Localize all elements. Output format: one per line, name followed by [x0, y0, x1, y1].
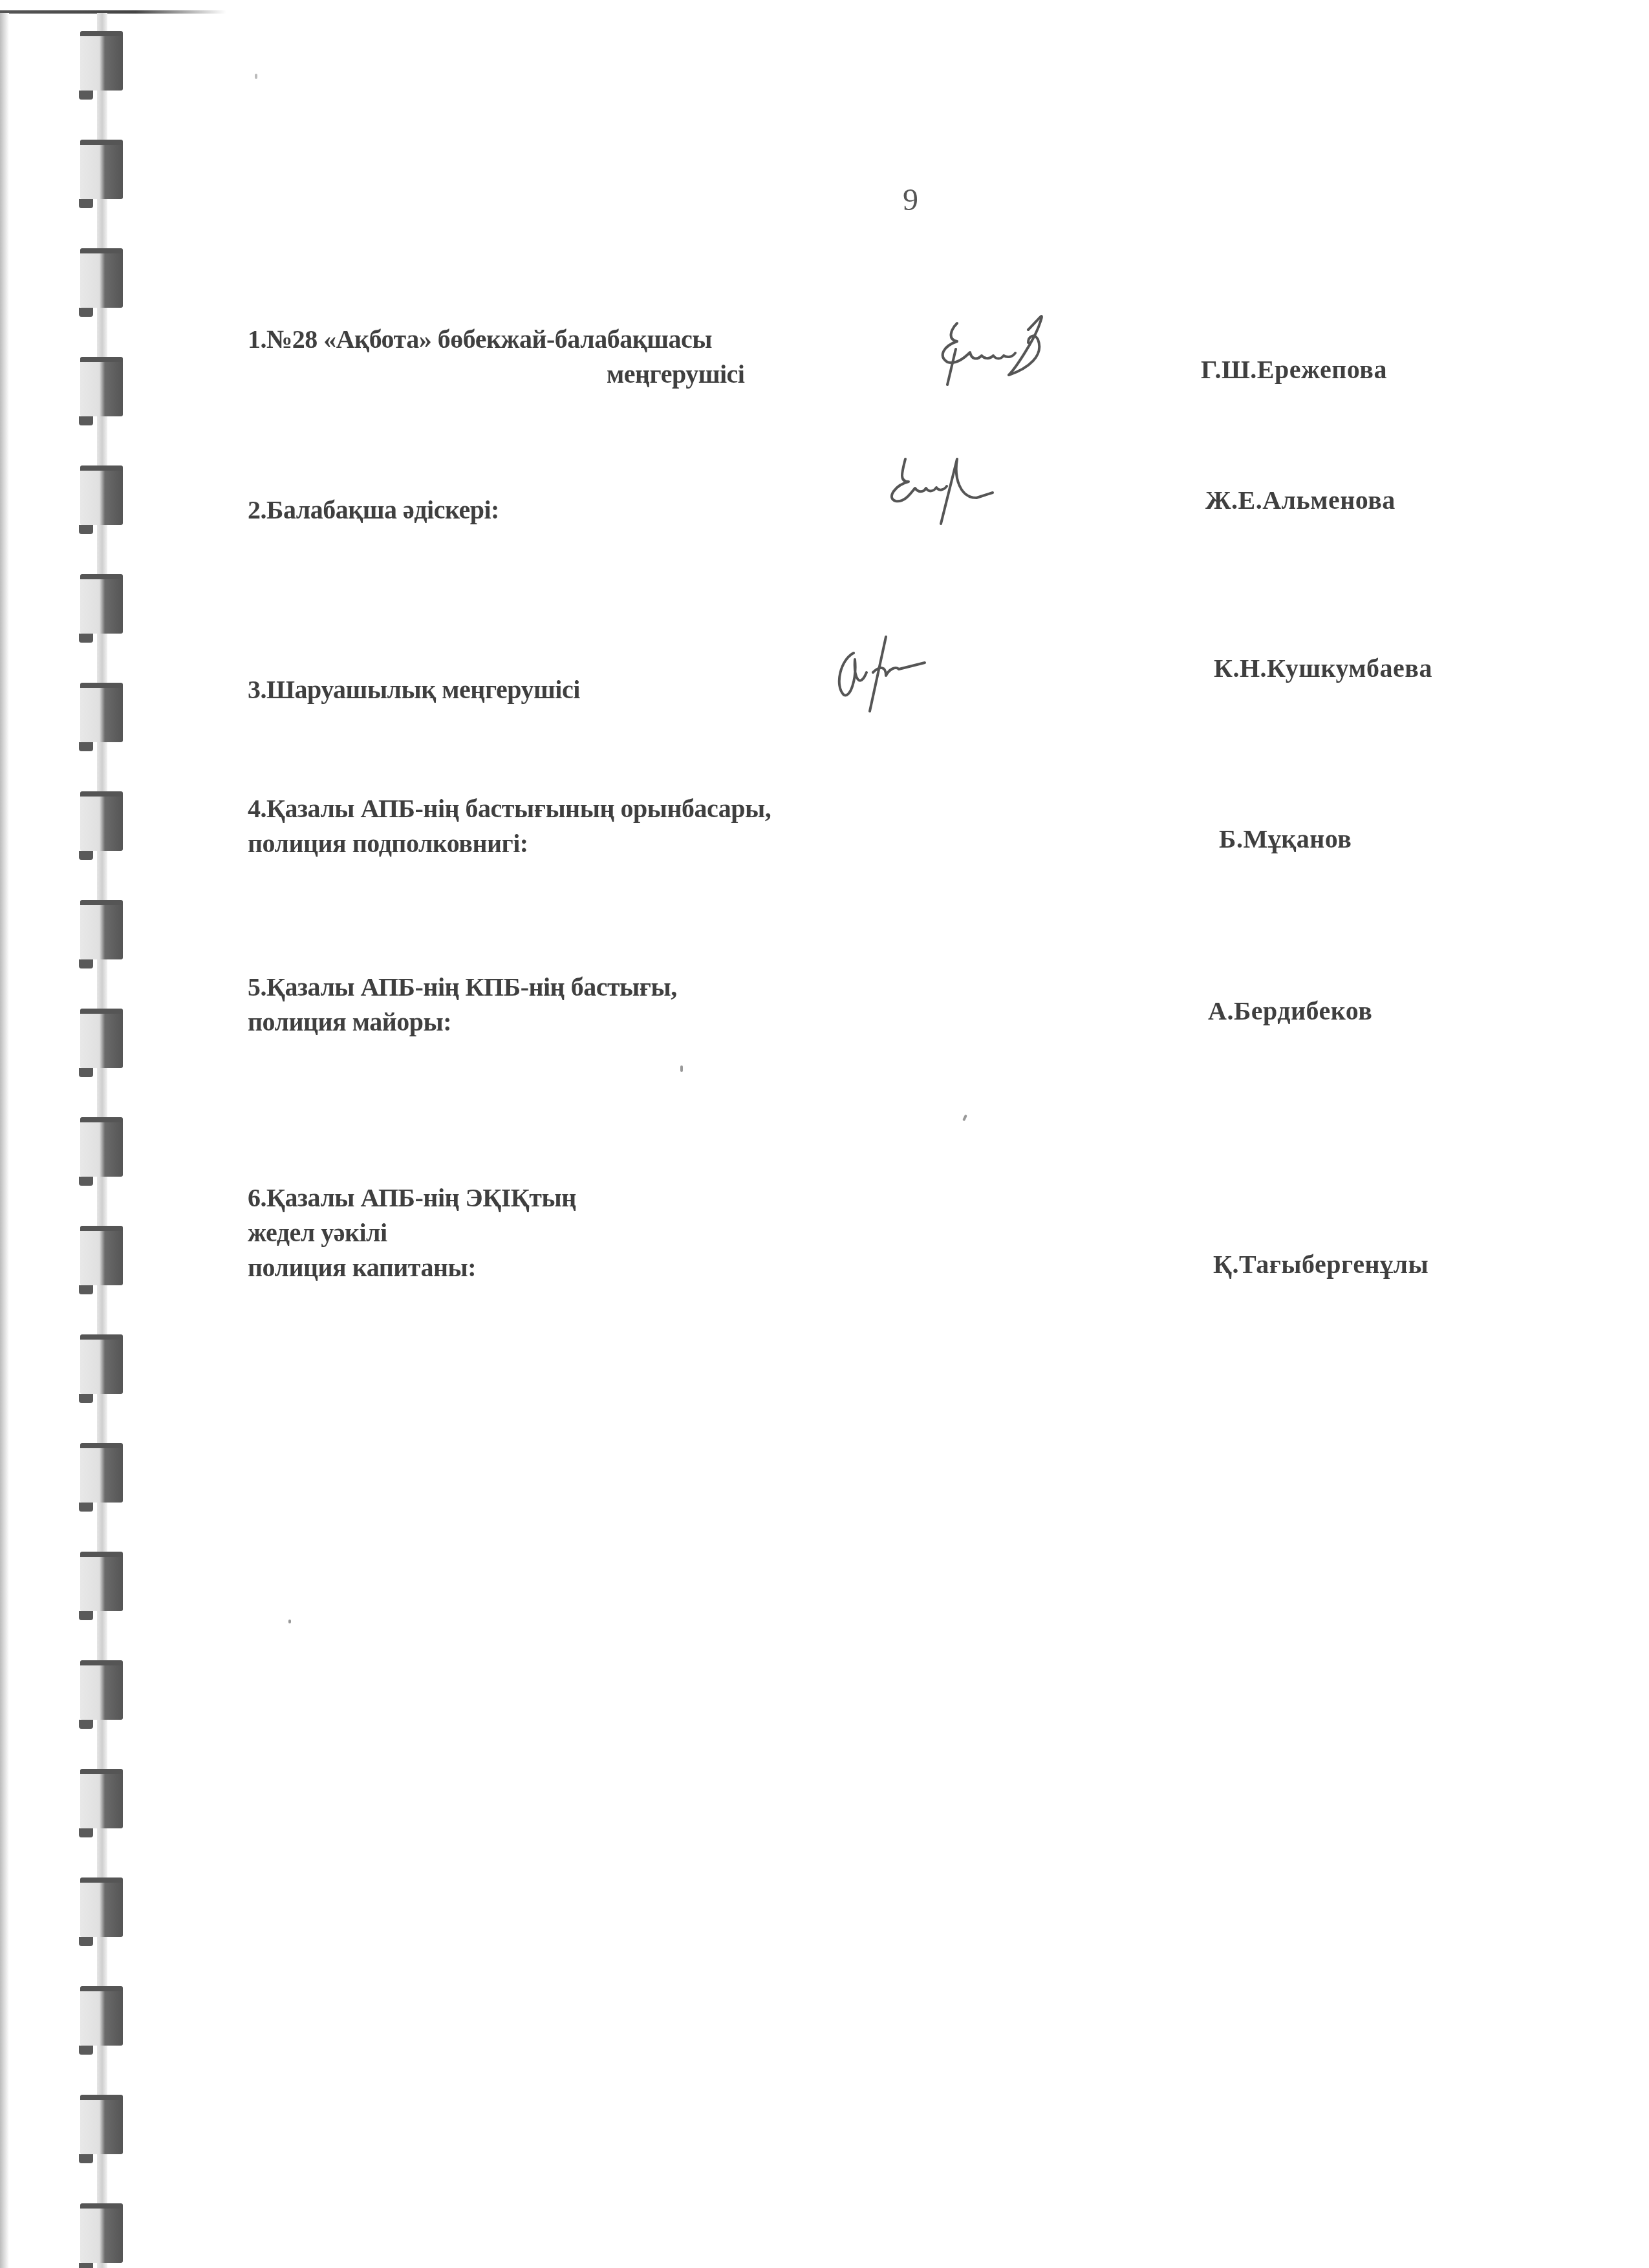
signatory-1-position: 1.№28 «Ақбота» бөбекжай-балабақшасы меңг… — [248, 322, 744, 392]
binding-ring-icon — [80, 140, 123, 199]
binding-ring-icon — [80, 683, 123, 742]
binding-ring-icon — [80, 2203, 123, 2263]
signatory-4-name: Б.Мұқанов — [1219, 824, 1352, 854]
signatory-2-name: Ж.Е.Альменова — [1205, 485, 1396, 515]
binding-ring-icon — [80, 1660, 123, 1720]
signatory-3-position-line-1: 3.Шаруашылық меңгерушісі — [248, 675, 580, 704]
binding-ring-icon — [80, 1769, 123, 1828]
signatory-3-name: К.Н.Кушкумбаева — [1214, 653, 1432, 683]
binding-ring-icon — [80, 1552, 123, 1611]
scan-speck — [255, 74, 257, 79]
signatory-3-position: 3.Шаруашылық меңгерушісі — [248, 672, 580, 707]
binding-ring-icon — [80, 1986, 123, 2046]
binding-ring-icon — [80, 574, 123, 634]
page-number: 9 — [903, 182, 918, 218]
signature-1-icon — [931, 310, 1099, 394]
signatory-5-name: А.Бердибеков — [1208, 996, 1372, 1026]
signature-2-icon — [879, 453, 1022, 530]
binding-ring-icon — [80, 900, 123, 959]
binding-ring-icon — [80, 1443, 123, 1503]
signature-3-icon — [815, 634, 983, 718]
signatory-4-position-line-1: 4.Қазалы АПБ-нің бастығының орынбасары, — [248, 794, 771, 823]
binding-ring-icon — [80, 1226, 123, 1285]
signatory-1-position-line-2: меңгерушісі — [248, 357, 744, 392]
signatory-5-position-line-2: полиция майоры: — [248, 1007, 451, 1036]
scan-speck — [680, 1065, 683, 1072]
signatory-6-position: 6.Қазалы АПБ-нің ЭҚІҚтың жедел уәкілі по… — [248, 1181, 576, 1285]
scan-speck — [962, 1115, 967, 1122]
page-top-edge — [0, 10, 226, 14]
binding-ring-icon — [80, 357, 123, 416]
binding-ring-icon — [80, 1117, 123, 1177]
signatory-1-name: Г.Ш.Ережепова — [1201, 354, 1387, 385]
signatory-1-position-line-1: 1.№28 «Ақбота» бөбекжай-балабақшасы — [248, 325, 712, 354]
signatory-5-position: 5.Қазалы АПБ-нің КПБ-нің бастығы, полици… — [248, 970, 677, 1040]
binding-ring-icon — [80, 1878, 123, 1937]
signatory-6-position-line-1: 6.Қазалы АПБ-нің ЭҚІҚтың — [248, 1183, 576, 1212]
binding-ring-icon — [80, 248, 123, 308]
signatory-2-position-line-1: 2.Балабақша әдіскері: — [248, 495, 499, 524]
signatory-6-position-line-2: жедел уәкілі — [248, 1218, 387, 1247]
binding-ring-icon — [80, 465, 123, 525]
signatory-4-position: 4.Қазалы АПБ-нің бастығының орынбасары, … — [248, 791, 771, 861]
signatory-4-position-line-2: полиция подполковнигі: — [248, 829, 528, 858]
scan-speck — [288, 1620, 291, 1623]
signatory-5-position-line-1: 5.Қазалы АПБ-нің КПБ-нің бастығы, — [248, 972, 677, 1001]
signatory-2-position: 2.Балабақша әдіскері: — [248, 493, 499, 528]
binding-ring-icon — [80, 31, 123, 91]
binding-ring-icon — [80, 2095, 123, 2154]
binding-ring-icon — [80, 791, 123, 851]
binding-ring-icon — [80, 1009, 123, 1068]
signatory-6-position-line-3: полиция капитаны: — [248, 1253, 476, 1282]
signatory-6-name: Қ.Тағыбергенұлы — [1213, 1249, 1428, 1279]
page-left-shadow — [0, 13, 9, 2268]
binding-ring-icon — [80, 1334, 123, 1394]
